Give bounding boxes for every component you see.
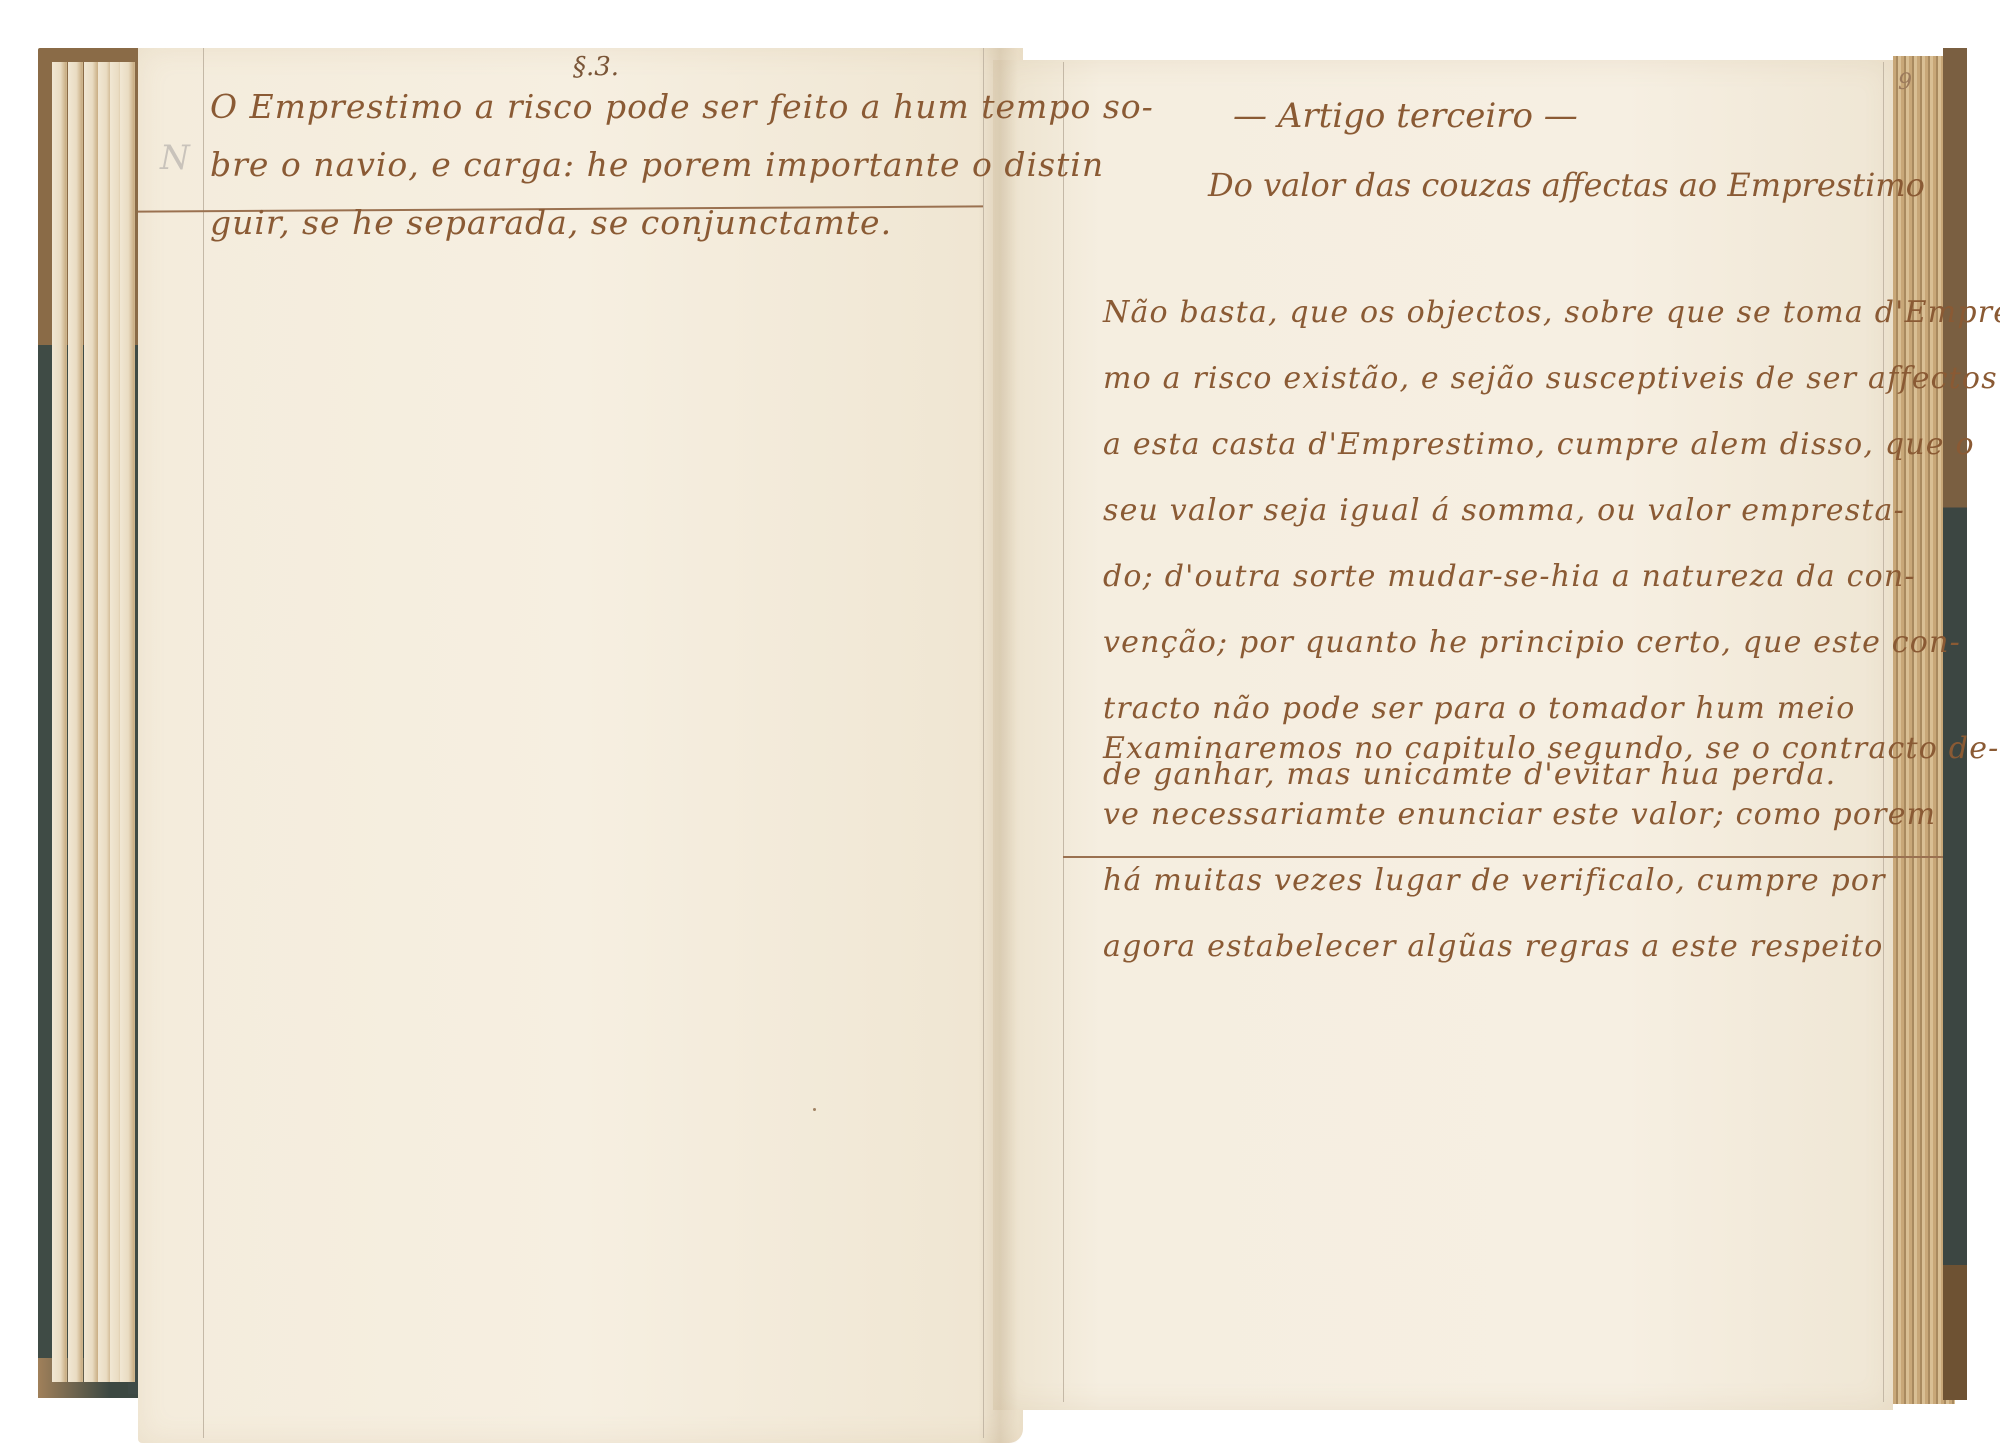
article-title: — Artigo terceiro — [1233,96,1578,136]
book-gutter [978,48,1018,1443]
left-paragraph: O Emprestimo a risco pode ser feito a hu… [210,78,990,252]
left-margin-rule [203,48,204,1438]
text-line: a esta casta d'Emprestimo, cumpre alem d… [1103,412,1943,478]
text-line: mo a risco existão, e sejão susceptiveis… [1103,346,1943,412]
open-book: §.3. N O Emprestimo a risco pode ser fei… [38,48,1968,1406]
book-cover-right [1943,48,1967,1400]
text-line: há muitas vezes lugar de verificalo, cum… [1103,848,1943,914]
page-edge [120,62,135,1382]
text-line: Não basta, que os objectos, sobre que se… [1103,280,1943,346]
text-line: guir, se he separada, se conjunctamte. [210,194,990,252]
text-line: do; d'outra sorte mudar-se-hia a naturez… [1103,544,1943,610]
page-number: 9 [1898,70,1912,95]
ink-speck [813,1108,816,1111]
text-line: agora estabelecer algũas regras a este r… [1103,914,1943,980]
left-page [138,48,1023,1443]
text-line: ve necessariamte enunciar este valor; co… [1103,782,1943,848]
text-line: venção; por quanto he principio certo, q… [1103,610,1943,676]
right-margin-rule [1063,62,1064,1402]
margin-note: N [160,138,190,178]
page-edge [68,62,83,1382]
page-edge [84,62,99,1382]
text-line: bre o navio, e carga: he porem important… [210,136,990,194]
paragraph-2: Examinaremos no capitulo segundo, se o c… [1103,716,1943,980]
article-subtitle: Do valor das couzas affectas ao Empresti… [1208,166,1925,204]
text-line: seu valor seja igual á somma, ou valor e… [1103,478,1943,544]
text-line: O Emprestimo a risco pode ser feito a hu… [210,78,990,136]
text-line: Examinaremos no capitulo segundo, se o c… [1103,716,1943,782]
page-edge [52,62,67,1382]
left-inner-rule [983,48,984,1438]
